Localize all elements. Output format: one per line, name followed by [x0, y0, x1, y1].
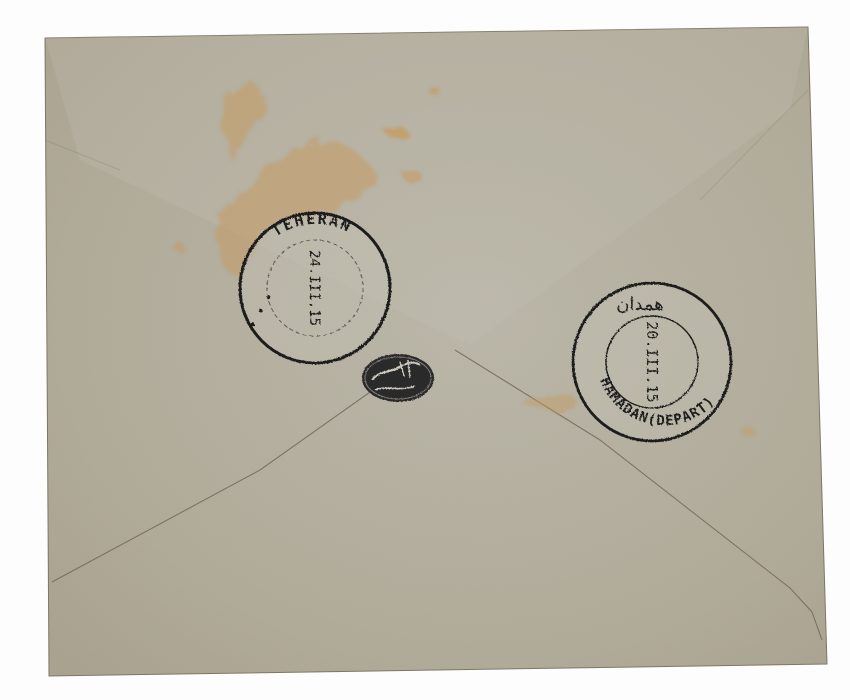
teheran-date: 24.III.15 — [306, 250, 322, 326]
hamadan-top-script: همدان — [616, 294, 664, 315]
oval-wax-seal — [362, 354, 434, 402]
envelope-scene: TEHERAN 24.III.15 • • • HAMADAN(DEPART) … — [0, 0, 850, 700]
hamadan-date: 20.III.15 — [643, 321, 661, 402]
hamadan-postmark: HAMADAN(DEPART) همدان 20.III.15 — [572, 282, 732, 442]
